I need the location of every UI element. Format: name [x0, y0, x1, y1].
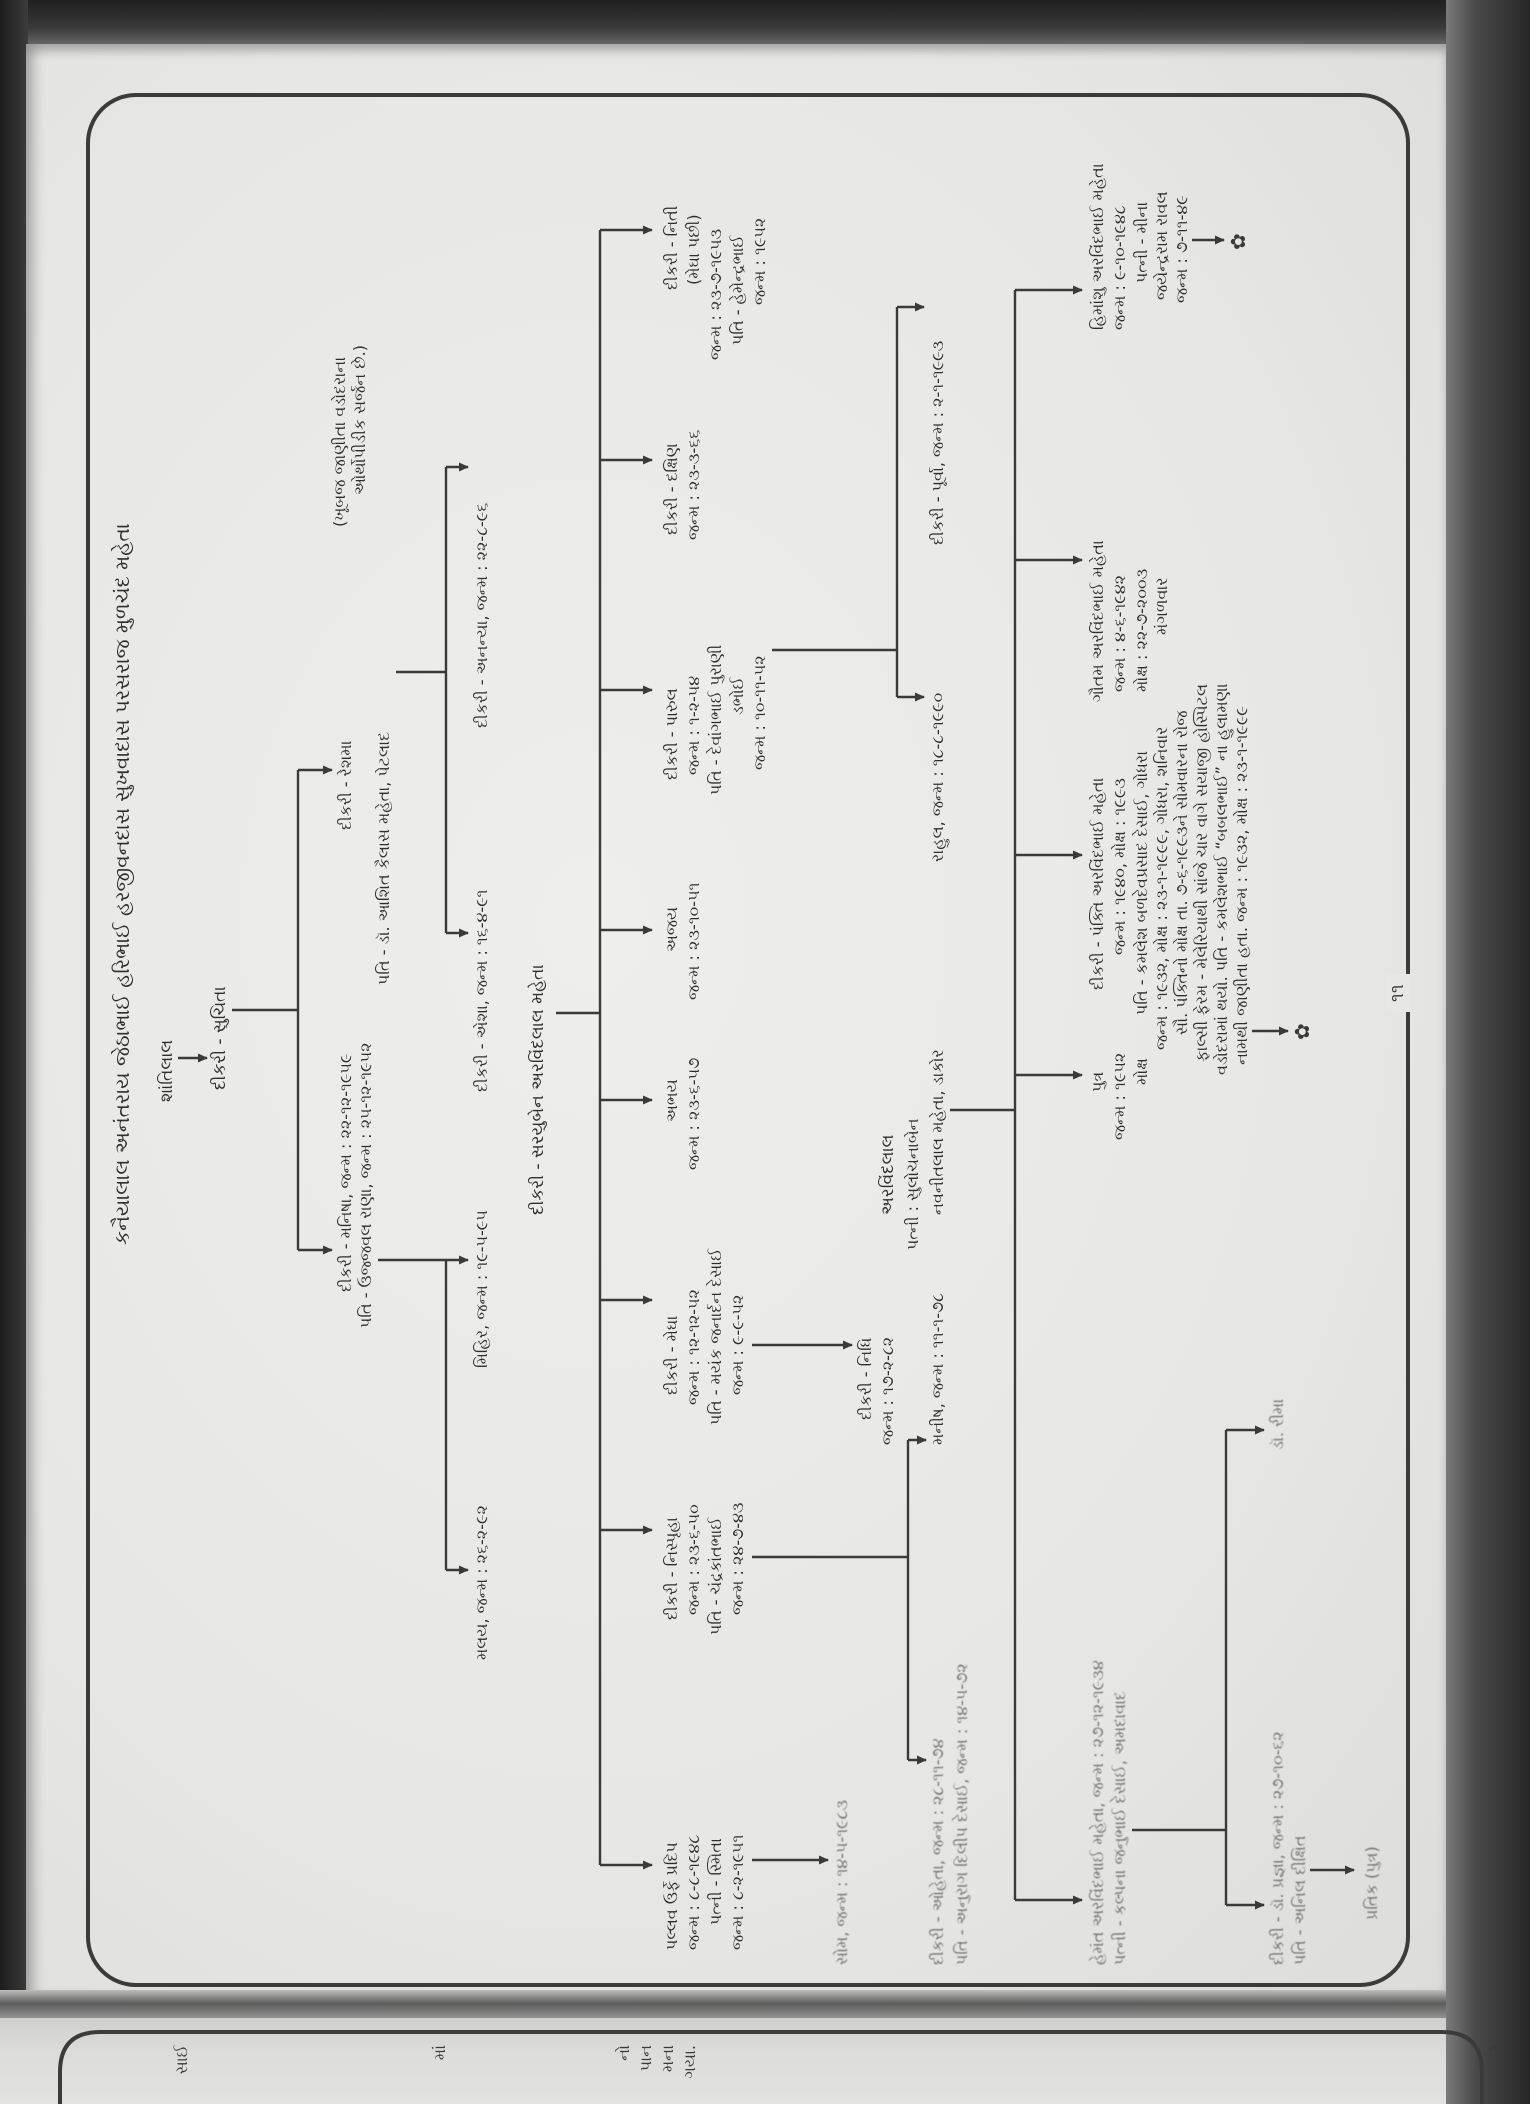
person-saryuben: દીકરી - સરયુબેન અરવિંદલાલ મહેતા: [528, 964, 548, 1215]
child-ananya: દીકરી - અનન્યા, જન્મ : ૨૨-૮-૯૬: [472, 503, 492, 728]
person-niti: દીકરી - નિતી: [662, 206, 682, 290]
grandchild-oheta: દીકરી - ઓહેતા, જન્મ : ૨૮-૧૧-૭૪: [928, 1738, 948, 1965]
grandchild-nidhi: દીકરી - નિધિ: [856, 1338, 876, 1420]
note-line: ઓર્થોપીડીક સર્જન છે.): [350, 345, 370, 495]
grandchild-rahul: રાહુલ, જન્મ : ૧૮-૮-૧૯૯૦: [928, 693, 948, 862]
parul-husband-place: ડભોઈ: [728, 677, 748, 715]
dakshin-birth: જન્મ : ૨૩-૩-૬૬: [684, 430, 704, 540]
note-line: (ખૂબજ જાણીતા વડોદરાના: [330, 357, 350, 527]
himanshu-wife-birth: જન્મ : ૭-૧૧-૪૯: [1172, 195, 1192, 303]
pallav-wife: પત્ની - સ્મિતા: [706, 1838, 726, 1925]
megha-husband-birth: જન્મ : ૯-૯-૫૨: [728, 1295, 748, 1395]
flower-ornament-icon: ✿: [1228, 233, 1248, 250]
himanshu-wife-family: જયેન્દ્રરામ રાવલ: [1152, 191, 1172, 300]
himanshu-birth: જન્મ : ૯-૧૦-૧૯૪૮: [1110, 205, 1130, 330]
nispruha-husband-birth: જન્મ : ૨૪-૭-૪૩: [728, 1502, 748, 1615]
great-grandchild-pratik: પ્રતિક (પુત્ર): [1362, 1846, 1382, 1920]
person-pankti: દીકરી - પંક્તિ અરવિંદભાઈ મહેતા: [1088, 778, 1108, 990]
arvindlal-wife-family: નવનીતલાલ મહેતા, ડાકોર: [928, 1049, 948, 1215]
person-himanshu: હિમાંશુ અરવિંદભાઈ મહેતા: [1088, 163, 1108, 330]
person-reshma: દીકરી - રેશમા: [336, 741, 356, 830]
gautam-death-day: મંગળવાર: [1152, 577, 1172, 635]
son-birth: જન્મ : ૧૯૫૨: [1110, 1053, 1130, 1140]
person-gautam: ગૌતમ અરવિંદભાઈ મહેતા: [1088, 540, 1108, 702]
person-nispruha: દીકરી - નિસ્પૃહા: [662, 1517, 682, 1620]
grandchild-rima: ડૉ. રીમા: [1268, 1399, 1288, 1450]
pankti-husband: પતિ - કમલેશ બળદેવપ્રસાદ દેસાઈ, ગોધરા: [1132, 751, 1152, 1015]
person-arvindlal: અરવિંદલાલ: [878, 1134, 898, 1215]
niti-note: (મેઘા પછી): [684, 214, 704, 285]
flower-ornament-icon: ✿: [1292, 1023, 1312, 1040]
spouse-ashit: પતિ - ડૉ. આશિત કૈલાસ મહેતા, પેટલાદ: [374, 732, 394, 985]
gautam-death: મોક્ષ : ૨૨-૭-૨૦૦૩: [1132, 569, 1152, 692]
person-shantilal: શાંતિલાલ: [157, 1040, 177, 1102]
person-ajay: અજય: [662, 907, 682, 952]
pankti-husband-dates: જન્મ : ૧૯૩૨, મોક્ષ : ૨૩-૧-૧૯૯૯, ગોધરા, શ…: [1152, 726, 1172, 1050]
facing-page-text-fragment: સાઈ: [172, 2045, 192, 2074]
person-abhay: અભય: [662, 1079, 682, 1122]
arvindlal-wife: પત્ની : સુલોચનાબેન: [903, 1118, 923, 1250]
person-pallav: પલ્લવ ઉર્ફે પ્રદિપ: [662, 1842, 682, 1950]
niti-birth: જન્મ : ૨૩-૭-૧૯૫૩: [706, 229, 726, 360]
megha-husband: પતિ - મયંક જનાર્દન દેસાઈ: [706, 1249, 726, 1425]
facing-page-text-fragment: મના: [658, 2045, 678, 2072]
pallav-wife-birth: જન્મ : ૮-૨-૧૯૫૧: [728, 1835, 748, 1950]
gautam-birth: જન્મ : ૪-૬-૧૯૪૨: [1110, 575, 1130, 692]
hemant-wife: પત્ની - કલ્પના જનુભાઈ દેસાઈ, અમદાવાદ: [1110, 1691, 1130, 1965]
person-manisha: દીકરી - મનિષા, જન્મ : ૨૨-૧૨-૧૯૫૯: [336, 1054, 356, 1292]
person-dakshin: દીકરી - દક્ષિણ: [662, 443, 682, 535]
person-parul: દીકરી - પારુલ: [662, 688, 682, 780]
person-suchita: દીકરી - સુચિતા: [210, 986, 230, 1090]
ajay-birth: જન્મ : ૨૩-૧૦-૫૧: [684, 883, 704, 1000]
megha-birth: જન્મ : ૧૨-૧૨-૫૨: [684, 1289, 704, 1405]
facing-page-text-fragment: ...): [1486, 2045, 1506, 2067]
grandchild-prajna: દીકરી - ડૉ. પ્રજ્ઞા, જન્મ : ૨૭-૧૦-૬૨: [1268, 1731, 1288, 1965]
person-son: પુત્ર: [1088, 1072, 1108, 1092]
pallav-birth: જન્મ : ૮-૮-૧૯૪૮: [684, 1835, 704, 1950]
spouse-ujjval: પતિ - ઉજ્જવલ રાણા, જન્મ : ૨૫-૧૨-૧૯૫૨: [356, 1042, 376, 1328]
rotated-page-content: કનૈયાલાલ અનંતરાય જેઠાભાઈ હરિભાઈ હરજીવનદા…: [0, 0, 1530, 2104]
himanshu-wife: પત્ની - મીના: [1132, 202, 1152, 283]
facing-page-text-fragment: પાન: [636, 2045, 656, 2071]
grandchild-manish: મનીષ, જન્મ : ૧૧-૧-૭૮: [928, 1293, 948, 1445]
grandchild-purva: દીકરી - પૂર્વા, જન્મ : ૨-૧-૧૯૯૩: [928, 341, 948, 545]
facing-page-text-fragment: નો: [614, 2045, 634, 2061]
nidhi-birth: જન્મ : ૧૭-૨-૮૨: [878, 1337, 898, 1445]
nispruha-husband: પતિ - ચંદ્રકાંતભાઈ: [706, 1517, 726, 1635]
person-megha: દીકરી - મેઘા: [662, 1316, 682, 1395]
grandchild-som: સોમ, જન્મ : ૧૪-૫-૧૯૮૩: [832, 1800, 852, 1965]
abhay-birth: જન્મ : ૨૩-૬-૫૭: [684, 1058, 704, 1170]
person-hemant: હેમંત અરવિંદભાઈ મહેતા, જન્મ : ૨૭-૧૨-૧૯૩૪: [1088, 1660, 1108, 1965]
parul-husband-birth: જન્મ : ૧૦-૧૧-૫૨: [750, 655, 770, 770]
oheta-husband: પતિ - અનુરાગ દિલીપ દેસાઈ, જન્મ : ૧૪-૫-૭૨: [952, 1663, 972, 1965]
child-mihir: મિહિર, જન્મ : ૧૯-૫-૯૫: [472, 1210, 492, 1368]
pankti-note-line: નામથી જાણીતા હતા. જન્મ : ૧૯૩૨, મોક્ષ : ૨…: [1232, 706, 1252, 1065]
family-tree-title: કનૈયાલાલ અનંતરાય જેઠાભાઈ હરિભાઈ હરજીવનદા…: [110, 523, 134, 1245]
pankti-note-line: વડોદરામાં થયો. પતિ - કમલેશભાઈ “બબલભાઈ” ન…: [1212, 684, 1232, 1076]
niti-husband-birth: જન્મ : ૧૯૫૨: [750, 218, 770, 305]
prajna-husband: પતિ - અનિલ દીક્ષિત: [1290, 1835, 1310, 1965]
son-death: મોક્ષ: [1132, 1058, 1152, 1085]
page-number: ૧૧: [1386, 974, 1410, 1012]
facing-page-text-fragment: ગયા.: [680, 2045, 700, 2079]
nispruha-birth: જન્મ : ૨૩-૬-૫૦: [684, 1504, 704, 1615]
facing-page-text-fragment: માં: [430, 2045, 450, 2060]
pankti-note-line: સૌ. પંક્તિનો મોક્ષ તા. ૭-૬-૧૯૯૩ને સોમવાર…: [1172, 711, 1192, 1035]
child-malay: મલય, જન્મ : ૨૬-૨-૯૨: [472, 1505, 492, 1660]
child-esha: દીકરી - એશા, જન્મ : ૧૬-૪-૯૧: [472, 889, 492, 1092]
pankti-note-line: ફાલ્સી ફેરમ - મેલેરિયાથી સાંજે ચાર વાગે …: [1192, 684, 1212, 1062]
parul-husband: પતિ - દેવાંગભાઈ પુરાણી: [706, 645, 726, 795]
niti-husband: પતિ - હેમેન્દ્રભાઈ: [728, 235, 748, 345]
parul-birth: જન્મ : ૧-૨-૫૪: [684, 676, 704, 775]
pankti-dates: જન્મ : ૧૯૪૦, મોક્ષ : ૧૯૯૩: [1110, 778, 1130, 955]
